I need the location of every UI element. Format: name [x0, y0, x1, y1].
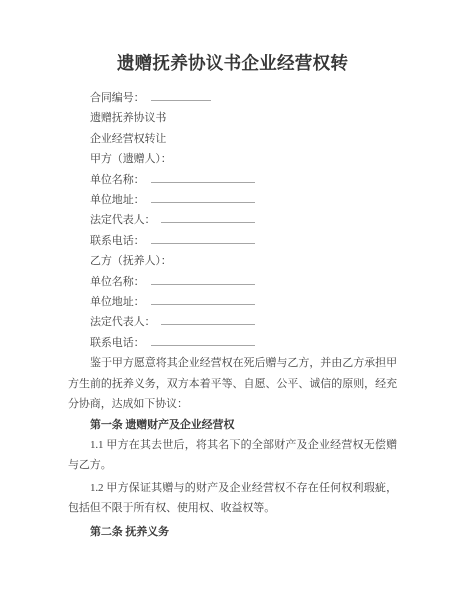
field-label: 联系电话： — [90, 235, 145, 247]
party-a-field-address: 单位地址： — [68, 190, 397, 210]
document-title: 遗赠抚养协议书企业经营权转 — [68, 51, 397, 75]
field-blank — [151, 292, 255, 305]
party-b-field-phone: 联系电话： — [68, 333, 397, 353]
field-blank — [151, 231, 255, 244]
section-1-heading: 第一条 遗赠财产及企业经营权 — [68, 415, 397, 435]
field-label: 单位地址： — [90, 296, 145, 308]
field-blank — [161, 210, 255, 223]
party-a-field-name: 单位名称： — [68, 170, 397, 190]
contract-number-row: 合同编号： — [68, 88, 397, 108]
field-blank — [151, 272, 255, 285]
field-label: 单位名称： — [90, 276, 145, 288]
party-a-field-legal-rep: 法定代表人： — [68, 210, 397, 230]
party-b-field-legal-rep: 法定代表人： — [68, 312, 397, 332]
document-page: 遗赠抚养协议书企业经营权转 合同编号： 遗赠抚养协议书 企业经营权转让 甲方（遗… — [0, 0, 463, 600]
party-a-field-phone: 联系电话： — [68, 231, 397, 251]
clause-1-2: 1.2 甲方保证其赠与的财产及企业经营权不存在任何权利瑕疵，包括但不限于所有权、… — [68, 478, 397, 519]
contract-number-label: 合同编号： — [90, 92, 145, 104]
party-b-heading: 乙方（抚养人）： — [68, 251, 397, 271]
contract-number-blank — [151, 88, 211, 101]
field-blank — [151, 190, 255, 203]
section-2-heading: 第二条 抚养义务 — [68, 522, 397, 542]
field-blank — [151, 170, 255, 183]
field-label: 单位名称： — [90, 174, 145, 186]
clause-1-1: 1.1 甲方在其去世后，将其名下的全部财产及企业经营权无偿赠与乙方。 — [68, 435, 397, 476]
party-b-field-name: 单位名称： — [68, 272, 397, 292]
field-label: 法定代表人： — [90, 214, 155, 226]
subtitle-line-1: 遗赠抚养协议书 — [68, 108, 397, 128]
preamble-paragraph: 鉴于甲方愿意将其企业经营权在死后赠与乙方，并由乙方承担甲方生前的抚养义务，双方本… — [68, 353, 397, 414]
field-blank — [161, 312, 255, 325]
field-label: 联系电话： — [90, 337, 145, 349]
party-b-field-address: 单位地址： — [68, 292, 397, 312]
party-a-heading: 甲方（遗赠人）： — [68, 149, 397, 169]
field-blank — [151, 333, 255, 346]
subtitle-line-2: 企业经营权转让 — [68, 129, 397, 149]
field-label: 法定代表人： — [90, 316, 155, 328]
field-label: 单位地址： — [90, 194, 145, 206]
